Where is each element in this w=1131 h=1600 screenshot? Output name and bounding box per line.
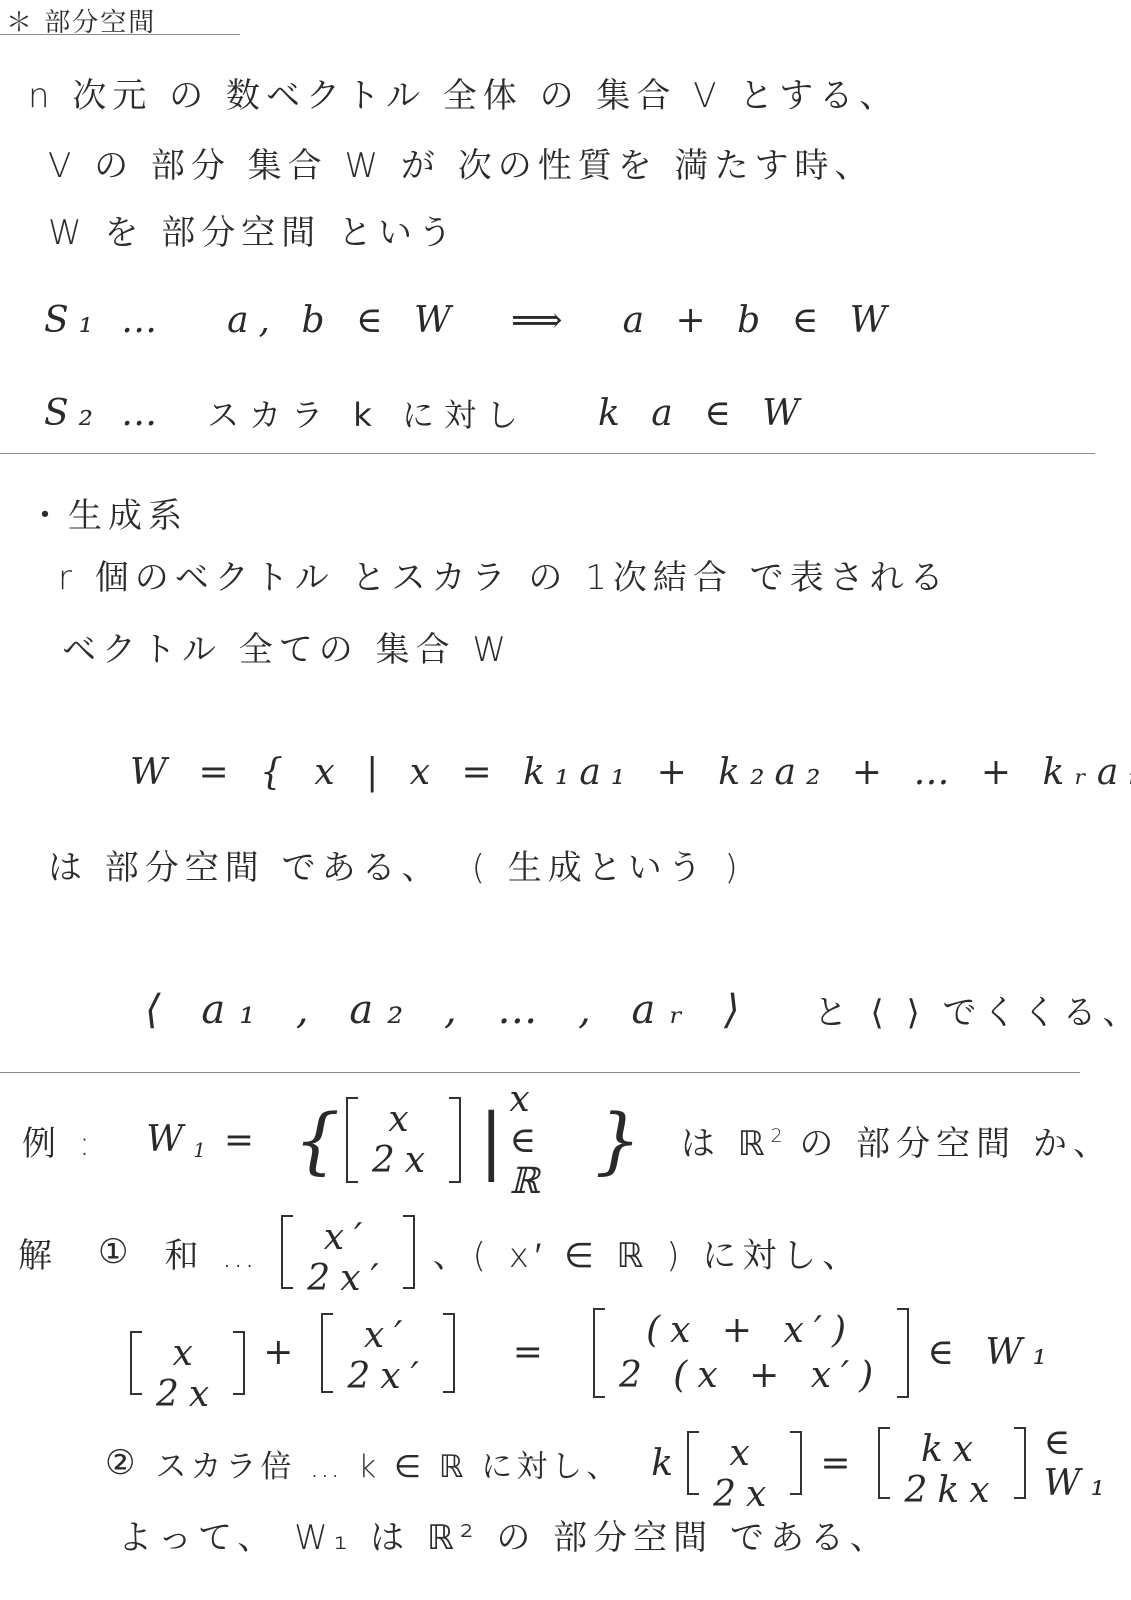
property-s1: S₁ … a, b ∈ W ⟹ a + b ∈ W — [44, 300, 915, 341]
bracket-right — [1014, 1427, 1026, 1499]
s1-label: S₁ — [44, 300, 103, 341]
conclusion: よって、 W₁ は ℝ² の 部分空間 である、 — [118, 1510, 890, 1559]
vec-bottom: 2x — [156, 1374, 219, 1415]
bracket-right — [443, 1313, 455, 1393]
equals-sign: = — [513, 1332, 553, 1373]
example-row: 例 : W1 = { x2x | x ∈ ℝ } は ℝ2 の 部分空間 か、 — [22, 1090, 1131, 1190]
bracket-right — [233, 1331, 245, 1395]
span-notation: ⟨ a₁ , a₂ , … , aᵣ ⟩ — [145, 987, 754, 1033]
bracket-left — [593, 1308, 605, 1398]
span-statement-row: は 部分空間 である、 ( 生成という ) — [48, 840, 762, 889]
bracket-right — [403, 1215, 415, 1289]
step1-number: ① — [98, 1232, 134, 1272]
step2-vector: x2x — [687, 1431, 802, 1495]
bracket-left — [321, 1313, 333, 1393]
step2-number: ② — [105, 1443, 141, 1483]
bracket-left — [878, 1427, 890, 1499]
generating-line-2: ベクトル 全ての 集合 W — [62, 622, 512, 671]
s1-rhs: a + b ∈ W — [623, 300, 897, 341]
such-that-bar: | — [479, 1098, 503, 1182]
implies-arrow: ⟹ — [511, 300, 573, 341]
set-subscript: 1 — [193, 1138, 206, 1161]
vec-bottom: 2kx — [904, 1470, 999, 1511]
definition-line-1: n 次元 の 数ベクトル 全体 の 集合 V とする、 — [28, 68, 899, 117]
section-divider-1 — [0, 453, 1095, 454]
example-question: は ℝ2 の 部分空間 か、 — [681, 1116, 1113, 1165]
solution-step1-row: 解 ① 和 … x′2x′ 、( x′ ∈ ℝ ) に対し、 — [18, 1212, 880, 1292]
section-title-generating-system: ・生成系 — [28, 488, 188, 537]
sum-lhs2: x′2x′ — [321, 1313, 454, 1393]
sum-lhs1: x2x — [130, 1331, 245, 1395]
set-name-text: W — [146, 1119, 193, 1160]
vec-top: x′ — [324, 1217, 372, 1258]
vec-bottom: 2x — [372, 1140, 435, 1181]
bracket-left — [687, 1431, 699, 1495]
step1-membership: ∈ W₁ — [927, 1332, 1057, 1373]
vec-top: x — [730, 1433, 760, 1474]
span-note: ( 生成という ) — [472, 840, 744, 889]
step1-vector: x′2x′ — [281, 1215, 414, 1289]
equals-sign: = — [820, 1443, 860, 1484]
span-notation-note: と ⟨ ⟩ でくくる、 — [814, 985, 1131, 1034]
scalar-k: k — [651, 1443, 683, 1484]
step1-name: 和 … — [164, 1228, 261, 1277]
vec-top: (x + x′) — [646, 1310, 856, 1351]
span-statement: は 部分空間 である、 — [48, 840, 442, 889]
bracket-left — [346, 1097, 358, 1183]
question-pre: は ℝ — [681, 1124, 771, 1164]
vec-bottom: 2x — [713, 1474, 776, 1515]
property-s2: S₂ … スカラ k に対し k a ∈ W — [44, 390, 827, 436]
example-vector: x2x — [346, 1097, 461, 1183]
example-label: 例 : — [22, 1116, 96, 1165]
example-eq: = — [224, 1120, 264, 1161]
step1-sum-equation: x2x + x′2x′ = (x + x′)2 (x + x′) ∈ W₁ — [130, 1305, 1075, 1400]
solution-label: 解 — [18, 1228, 58, 1277]
question-post: の 部分空間 か、 — [783, 1124, 1113, 1164]
sum-rhs: (x + x′)2 (x + x′) — [593, 1308, 909, 1398]
vec-top: kx — [921, 1429, 983, 1470]
vec-bottom: 2x′ — [347, 1356, 428, 1397]
definition-line-2: V の 部分 集合 W が 次の性質を 満たす時、 — [48, 138, 875, 187]
s2-rhs: k a ∈ W — [598, 393, 809, 434]
span-notation-row: ⟨ a₁ , a₂ , … , aᵣ ⟩ と ⟨ ⟩ でくくる、 — [145, 985, 1131, 1034]
solution-step2-row: ② スカラ倍 … k ∈ ℝ に対し、 k x2x = kx2kx ∈ W₁ — [105, 1428, 1131, 1498]
question-sup: 2 — [771, 1125, 783, 1146]
example-condition: x ∈ ℝ — [509, 1079, 577, 1202]
section-divider-2 — [0, 1072, 1080, 1073]
example-set-name: W1 — [146, 1119, 206, 1162]
s2-text: スカラ k に対し — [207, 390, 528, 436]
step2-rhs-vector: kx2kx — [878, 1427, 1025, 1499]
vec-bottom: 2x′ — [307, 1258, 388, 1299]
vec-top: x — [172, 1333, 202, 1374]
step2-membership: ∈ W₁ — [1044, 1422, 1115, 1504]
vec-top: x — [388, 1099, 418, 1140]
step2-text: スカラ倍 … k ∈ ℝ に対し、 — [155, 1441, 621, 1486]
step1-condition: 、( x′ ∈ ℝ ) に対し、 — [433, 1228, 863, 1277]
span-set-formula: W = { x | x = k₁a₁ + k₂a₂ + … + kᵣaᵣ } — [130, 752, 1131, 793]
generating-line-1: r 個のベクトル とスカラ の 1次結合 で表される — [58, 550, 950, 599]
bracket-left — [130, 1331, 142, 1395]
bracket-right — [790, 1431, 802, 1495]
vec-top: x′ — [364, 1315, 412, 1356]
s1-lhs: a, b ∈ W — [227, 300, 461, 341]
right-brace: } — [595, 1098, 641, 1182]
bracket-right — [449, 1097, 461, 1183]
s2-dots: … — [121, 393, 167, 434]
vec-bottom: 2 (x + x′) — [619, 1355, 883, 1396]
left-brace: { — [294, 1098, 340, 1182]
bracket-left — [281, 1215, 293, 1289]
plus-sign: + — [263, 1332, 303, 1373]
s2-label: S₂ — [44, 393, 103, 434]
bracket-right — [897, 1308, 909, 1398]
s1-dots: … — [121, 300, 167, 341]
title-underline — [0, 34, 240, 35]
definition-line-3: W を 部分空間 という — [48, 205, 458, 254]
